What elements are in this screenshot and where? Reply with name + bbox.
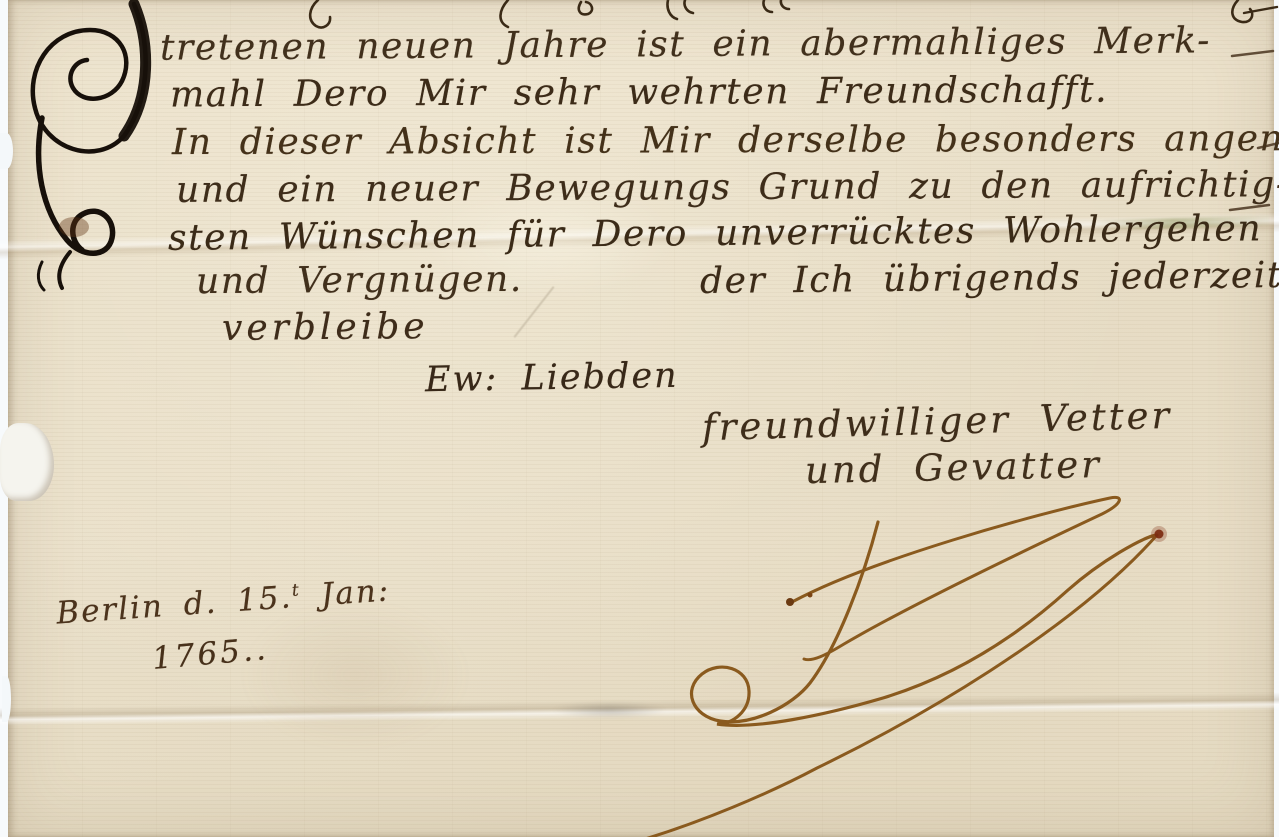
letter-line: und Vergnügen. bbox=[196, 259, 523, 302]
kurrent-initial-flourish bbox=[12, 0, 162, 300]
dateline-superscript: t bbox=[291, 580, 301, 601]
scanned-letter-page: tretenen neuen Jahre ist ein abermahlige… bbox=[0, 0, 1279, 837]
signature-flourish bbox=[440, 478, 1230, 837]
ink-bleed bbox=[59, 217, 89, 237]
letter-line: verbleibe bbox=[222, 306, 429, 349]
dateline-month: Jan: bbox=[320, 572, 392, 613]
letter-line: mahl Dero Mir sehr wehrten Freundschafft… bbox=[170, 70, 1108, 116]
paper-notch bbox=[2, 676, 11, 722]
letter-line: tretenen neuen Jahre ist ein abermahlige… bbox=[160, 20, 1211, 68]
letter-line: In dieser Absicht ist Mir derselbe beson… bbox=[172, 118, 1279, 163]
signature-ink-blob bbox=[808, 593, 813, 598]
signature-ink-blob bbox=[786, 598, 794, 606]
signature-ink-blot bbox=[1155, 530, 1164, 539]
letter-line: und ein neuer Bewegungs Grund zu den auf… bbox=[176, 164, 1279, 211]
letter-line: der Ich übrigends jederzeit bbox=[700, 255, 1279, 302]
salutation: Ew: Liebden bbox=[425, 356, 679, 400]
